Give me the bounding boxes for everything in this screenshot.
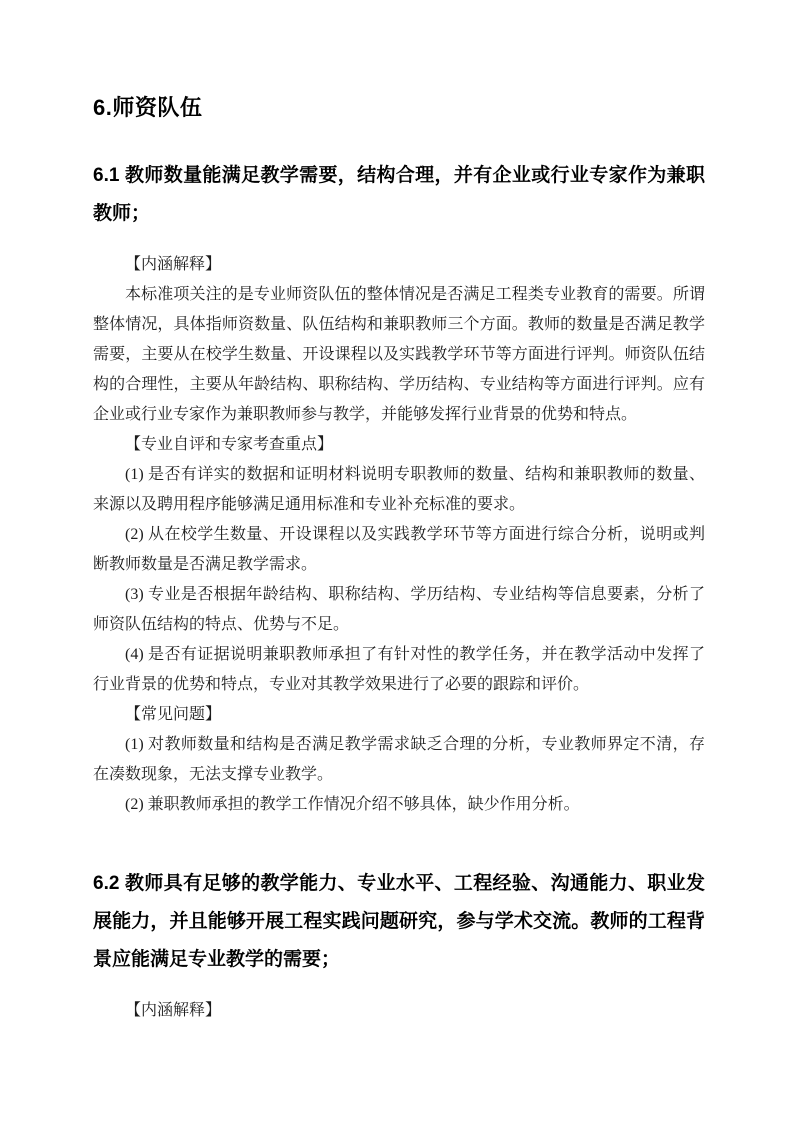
connotation-label: 【内涵解释】	[93, 250, 705, 280]
section-6-2-heading: 6.2 教师具有足够的教学能力、专业水平、工程经验、沟通能力、职业发展能力，并且…	[93, 865, 705, 979]
review-item-3: (3) 专业是否根据年龄结构、职称结构、学历结构、专业结构等信息要素，分析了师资…	[93, 580, 705, 640]
review-item-2: (2) 从在校学生数量、开设课程以及实践教学环节等方面进行综合分析，说明或判断教…	[93, 520, 705, 580]
common-problems-label: 【常见问题】	[93, 700, 705, 730]
section-6-1-heading: 6.1 教师数量能满足教学需要，结构合理，并有企业或行业专家作为兼职教师；	[93, 157, 705, 233]
connotation-paragraph: 本标准项关注的是专业师资队伍的整体情况是否满足工程类专业教育的需要。所谓整体情况…	[93, 280, 705, 430]
chapter-title: 6.师资队伍	[93, 95, 705, 121]
problem-item-2: (2) 兼职教师承担的教学工作情况介绍不够具体，缺少作用分析。	[93, 790, 705, 820]
connotation-label-2: 【内涵解释】	[93, 996, 705, 1026]
review-item-1: (1) 是否有详实的数据和证明材料说明专职教师的数量、结构和兼职教师的数量、来源…	[93, 460, 705, 520]
document-content: 6.师资队伍 6.1 教师数量能满足教学需要，结构合理，并有企业或行业专家作为兼…	[93, 0, 705, 1026]
section-6-1: 6.1 教师数量能满足教学需要，结构合理，并有企业或行业专家作为兼职教师； 【内…	[93, 157, 705, 820]
review-item-4: (4) 是否有证据说明兼职教师承担了有针对性的教学任务，并在教学活动中发挥了行业…	[93, 640, 705, 700]
section-6-2: 6.2 教师具有足够的教学能力、专业水平、工程经验、沟通能力、职业发展能力，并且…	[93, 865, 705, 1026]
problem-item-1: (1) 对教师数量和结构是否满足教学需求缺乏合理的分析，专业教师界定不清，存在凑…	[93, 730, 705, 790]
document-page: 6.师资队伍 6.1 教师数量能满足教学需要，结构合理，并有企业或行业专家作为兼…	[0, 0, 793, 1122]
review-focus-label: 【专业自评和专家考查重点】	[93, 430, 705, 460]
